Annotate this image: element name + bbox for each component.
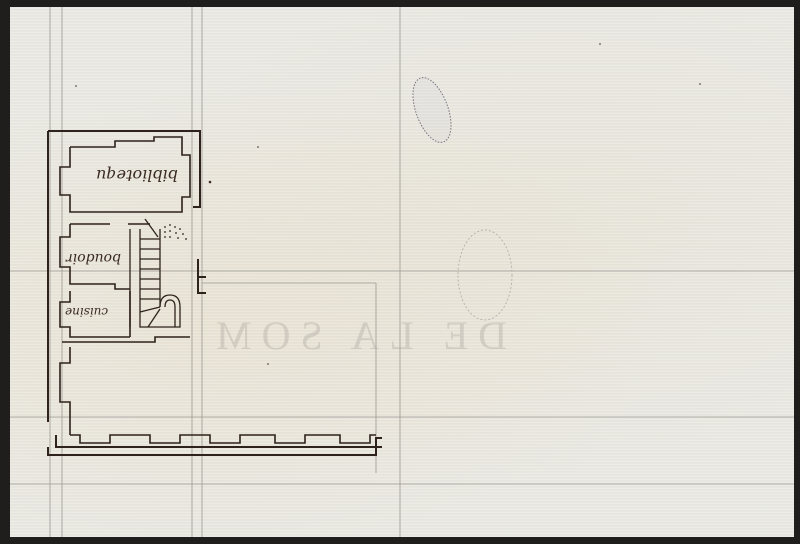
guide-lines <box>10 7 794 537</box>
room-label-bibliotheque: bibliotequ <box>96 166 178 185</box>
paper-sheet: bibliotequ boudoir cuisine DE LA SOM <box>10 7 794 537</box>
watermark: DE LA SOM <box>206 312 507 359</box>
floor-plan-drawing <box>10 7 794 537</box>
room-label-boudoir: boudoir <box>66 250 121 266</box>
staircase <box>130 219 180 327</box>
oval-stamp-faint <box>458 230 512 320</box>
room-label-cuisine: cuisine <box>65 305 108 319</box>
oval-stamp-top <box>405 73 458 148</box>
staircase-landing-dots <box>164 224 187 240</box>
